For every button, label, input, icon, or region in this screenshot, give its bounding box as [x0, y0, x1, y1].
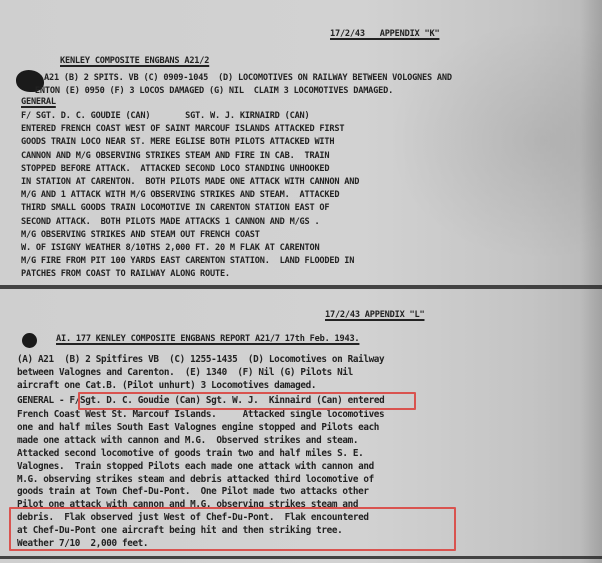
text-line: Valognes. Train stopped Pilots each made…	[17, 461, 374, 472]
highlight-box-flak-weather	[9, 507, 456, 551]
text-line: one and half miles South East Valognes e…	[17, 422, 379, 433]
text-line: PATCHES FROM COAST TO RAILWAY ALONG ROUT…	[21, 269, 230, 280]
bottom-rule	[0, 556, 602, 559]
text-line: CANNON AND M/G OBSERVING STRIKES STEAM A…	[21, 151, 329, 162]
text-line: THIRD SMALL GOODS TRAIN LOCOMOTIVE IN CA…	[21, 203, 329, 214]
text-line: goods train at Town Chef-Du-Pont. One Pi…	[17, 486, 369, 497]
text-line: M/G OBSERVING STRIKES AND STEAM OUT FREN…	[21, 230, 260, 241]
general-prefix: GENERAL -	[17, 395, 69, 406]
text-line: ENTERED FRENCH COAST WEST OF SAINT MARCO…	[21, 124, 344, 135]
text-line: M.G. observing strikes steam and debris …	[17, 474, 374, 485]
punch-hole	[22, 333, 37, 348]
text-line: F/ SGT. D. C. GOUDIE (CAN) SGT. W. J. KI…	[21, 111, 310, 122]
appendix-l-line-1: (A) A21 (B) 2 Spitfires VB (C) 1255-1435…	[17, 354, 384, 365]
text-line: IN STATION AT CARENTON. BOTH PILOTS MADE…	[21, 177, 359, 188]
appendix-k-general-label: GENERAL	[21, 97, 56, 108]
text-line: M/G FIRE FROM PIT 100 YARDS EAST CARENTO…	[21, 256, 354, 267]
scanned-document-page: 17/2/43 APPENDIX "K" KENLEY COMPOSITE EN…	[0, 0, 602, 563]
appendix-l-line-3: aircraft one Cat.B. (Pilot unhurt) 3 Loc…	[17, 380, 316, 391]
appendix-k-line-1: A21 (B) 2 SPITS. VB (C) 0909-1045 (D) LO…	[44, 73, 452, 84]
text-line: STOPPED BEFORE ATTACK. ATTACKED SECOND L…	[21, 164, 329, 175]
text-line: French Coast West St. Marcouf Islands. A…	[17, 409, 384, 420]
appendix-k-header: 17/2/43 APPENDIX "K"	[330, 29, 439, 40]
text-line: Attacked second locomotive of goods trai…	[17, 448, 363, 459]
section-divider	[0, 285, 602, 289]
text-line: GOODS TRAIN LOCO NEAR ST. MERE EGLISE BO…	[21, 137, 334, 148]
appendix-k-title: KENLEY COMPOSITE ENGBANS A21/2	[60, 56, 209, 67]
text-line: W. OF ISIGNY WEATHER 8/10THS 2,000 FT. 2…	[21, 243, 319, 254]
text-line: SECOND ATTACK. BOTH PILOTS MADE ATTACKS …	[21, 217, 319, 228]
appendix-l-line-2: between Valognes and Carenton. (E) 1340 …	[17, 367, 353, 378]
highlight-box-pilot-names	[78, 392, 416, 410]
text-line: M/G AND 1 ATTACK WITH M/G OBSERVING STRI…	[21, 190, 339, 201]
appendix-k-line-2: ENTON (E) 0950 (F) 3 LOCOS DAMAGED (G) N…	[20, 86, 393, 97]
appendix-l-title: AI. 177 KENLEY COMPOSITE ENGBANS REPORT …	[56, 334, 359, 345]
page-edge-shadow	[580, 0, 602, 563]
text-line: made one attack with cannon and M.G. Obs…	[17, 435, 358, 446]
appendix-l-header: 17/2/43 APPENDIX "L"	[325, 310, 424, 321]
